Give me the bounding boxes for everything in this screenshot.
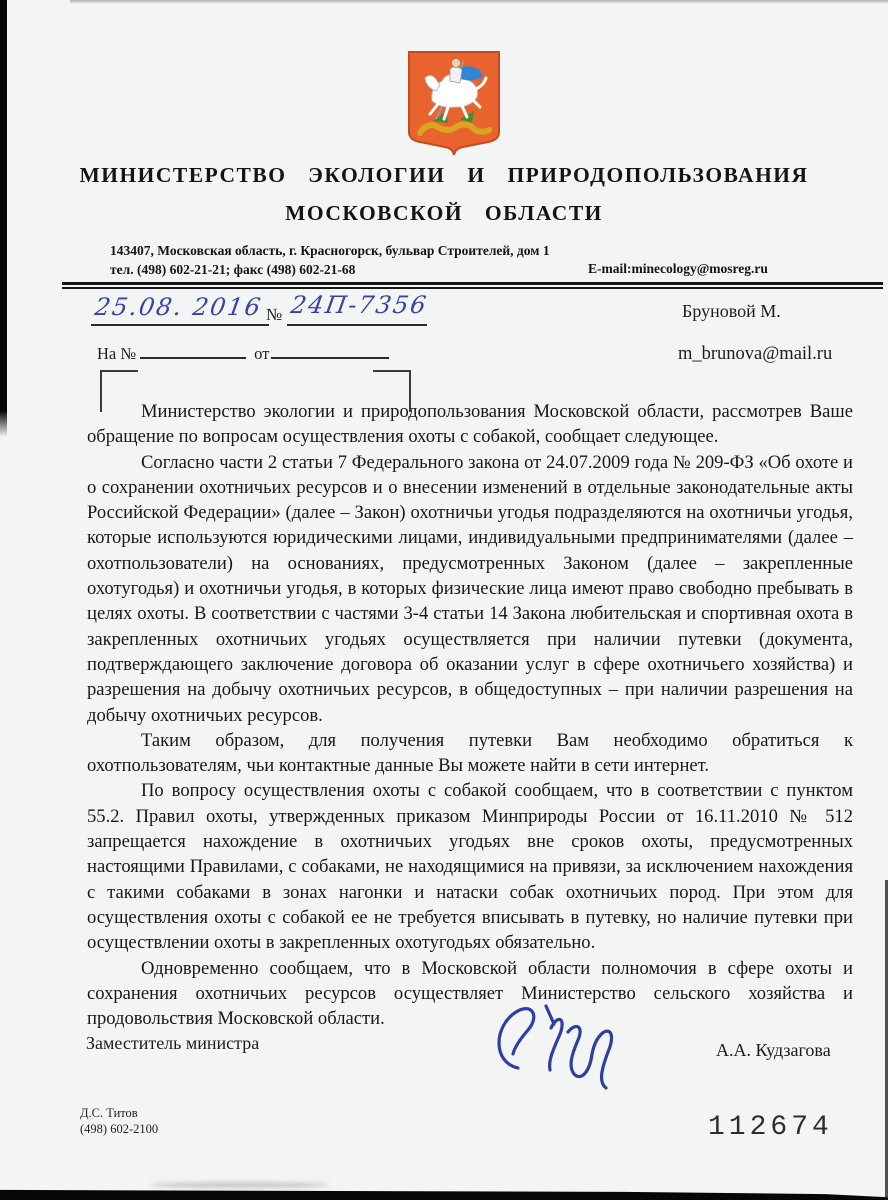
letter-body: Министерство экологии и природопользован… [87, 399, 853, 1031]
reply-number-blank [140, 342, 246, 359]
paragraph-agriculture-ministry: Одновременно сообщаем, что в Московской … [87, 956, 853, 1032]
moscow-oblast-coat-of-arms-icon [404, 49, 504, 155]
registration-stamp-number: 112674 [708, 1112, 833, 1143]
signer-name: А.А. Кудзагова [716, 1040, 831, 1061]
scanned-letter-page: МИНИСТЕРСТВО ЭКОЛОГИИ И ПРИРОДОПОЛЬЗОВАН… [0, 0, 888, 1200]
scan-smudge [150, 1182, 330, 1188]
paragraph-intro: Министерство экологии и природопользован… [87, 399, 853, 450]
executor-name: Д.С. Титов [80, 1105, 158, 1121]
letterhead-divider [62, 282, 883, 289]
address-line1: 143407, Московская область, г. Красногор… [110, 242, 550, 261]
from-label: от [254, 344, 269, 363]
reply-reference-row: На №от [97, 342, 389, 364]
ministry-title-line1: МИНИСТЕРСТВО ЭКОЛОГИИ И ПРИРОДОПОЛЬЗОВАН… [0, 163, 888, 188]
handwritten-date: 25.08. 2016 [93, 293, 264, 321]
handwritten-outgoing-number: 24П-7356 [289, 291, 430, 319]
scan-edge-top [70, 0, 888, 4]
reply-date-blank [271, 342, 389, 359]
number-sign-label: № [266, 305, 282, 325]
executor-block: Д.С. Титов (498) 602-2100 [80, 1105, 158, 1137]
date-underline [91, 324, 269, 326]
paragraph-rules-55-2: По вопросу осуществления охоты с собакой… [87, 778, 853, 955]
addressee-email: m_brunova@mail.ru [678, 344, 832, 365]
reply-label: На № [97, 344, 136, 363]
signature-ink-scribble [488, 998, 623, 1090]
letterhead-address: 143407, Московская область, г. Красногор… [110, 242, 550, 279]
letterhead-email: E-mail:minecology@mosreg.ru [588, 261, 768, 277]
number-underline [287, 324, 427, 326]
signer-position: Заместитель министра [86, 1033, 259, 1054]
paragraph-putevka: Таким образом, для получения путевки Вам… [87, 728, 853, 779]
executor-phone: (498) 602-2100 [80, 1121, 158, 1137]
ministry-title-line2: МОСКОВСКОЙ ОБЛАСТИ [0, 201, 888, 226]
paragraph-law-209fz: Согласно части 2 статьи 7 Федерального з… [87, 450, 853, 728]
scan-edge-bottom [0, 1186, 888, 1200]
addressee-name: Бруновой М. [682, 301, 781, 322]
address-line2: тел. (498) 602-21-21; факс (498) 602-21-… [110, 261, 550, 280]
